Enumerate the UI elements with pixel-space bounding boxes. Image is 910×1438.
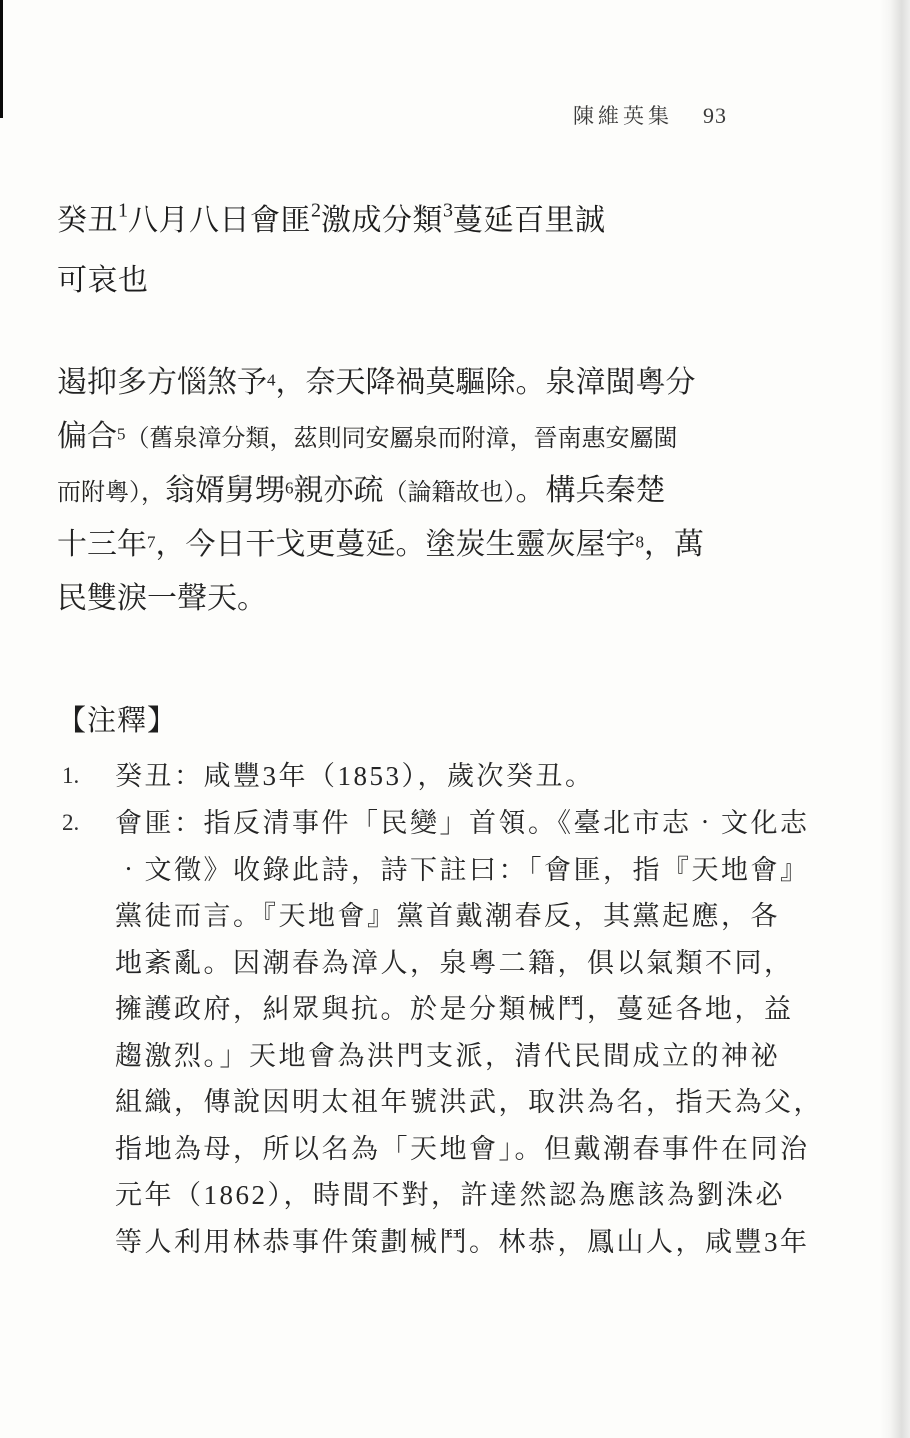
text-segment: 可哀也	[57, 264, 149, 297]
text-line: 擁護政府，糾眾與抗。於是分類械鬥，蔓延各地，益	[115, 986, 805, 1033]
text-line: 地紊亂。因潮春為漳人，泉粵二籍，俱以氣類不同，	[115, 940, 805, 987]
text-segment: 蔓延百里誠	[453, 204, 606, 237]
text-segment: 十三年	[57, 528, 147, 561]
note-number: 1.	[57, 753, 115, 800]
poem-body: 遏抑多方惱煞予4，奈天降禍莫驅除。泉漳閩粵分偏合5（舊泉漳分類，茲則同安屬泉而附…	[57, 356, 797, 626]
footnote-marker: 2	[311, 200, 321, 222]
text-line: ‧文徵》收錄此詩，詩下註曰：「會匪，指『天地會』	[115, 847, 805, 894]
text-line: 組織，傳說因明太祖年號洪武，取洪為名，指天為父，	[115, 1079, 805, 1126]
text-line: 民雙淚一聲天。	[57, 572, 797, 626]
note-text: 癸丑：咸豐3年（1853），歲次癸丑。	[115, 753, 805, 800]
text-line: 黨徒而言。『天地會』黨首戴潮春反，其黨起應，各	[115, 893, 805, 940]
text-segment: 。構兵秦楚	[516, 474, 666, 507]
text-line: 趨激烈。」天地會為洪門支派，清代民間成立的神祕	[115, 1033, 805, 1080]
footnote-marker: 5	[117, 425, 126, 444]
scanned-book-page: 陳維英集 93 癸丑1八月八日會匪2激成分類3蔓延百里誠可哀也 遏抑多方惱煞予4…	[0, 0, 910, 1438]
note-item-1: 1. 癸丑：咸豐3年（1853），歲次癸丑。	[57, 753, 805, 800]
text-line: 癸丑：咸豐3年（1853），歲次癸丑。	[115, 753, 805, 800]
text-segment: 偏合	[57, 420, 117, 453]
text-segment: （論籍故也）	[384, 480, 516, 506]
text-line: 元年（1862），時間不對，許達然認為應該為劉洙必	[115, 1172, 805, 1219]
text-segment: 親亦疏	[294, 474, 384, 507]
text-line: 十三年7，今日干戈更蔓延。塗炭生靈灰屋宇8，萬	[57, 518, 797, 572]
footnote-marker: 6	[285, 479, 294, 498]
text-line: 而附粵），翁婿舅甥6親亦疏（論籍故也）。構兵秦楚	[57, 464, 797, 518]
text-line: 癸丑1八月八日會匪2激成分類3蔓延百里誠	[57, 190, 777, 250]
text-segment: （舊泉漳分類，茲則同安屬泉而附漳，晉南惠安屬閩	[126, 426, 678, 452]
text-segment: 激成分類	[321, 204, 443, 237]
text-segment: ，今日干戈更蔓延。塗炭生靈灰屋宇	[156, 528, 636, 561]
text-line: 偏合5（舊泉漳分類，茲則同安屬泉而附漳，晉南惠安屬閩	[57, 410, 797, 464]
footnote-marker: 4	[267, 371, 276, 390]
text-segment: ，萬	[644, 528, 704, 561]
poem-title: 癸丑1八月八日會匪2激成分類3蔓延百里誠可哀也	[57, 190, 777, 310]
text-segment: ，奈天降禍莫驅除。泉漳閩粵分	[276, 366, 696, 399]
footnote-marker: 1	[118, 200, 128, 222]
notes-section-heading: 【注釋】	[57, 698, 177, 739]
footnote-marker: 7	[147, 533, 156, 552]
text-line: 會匪：指反清事件「民變」首領。《臺北市志‧文化志	[115, 800, 805, 847]
running-head: 陳維英集 93	[573, 100, 727, 130]
page-number: 93	[703, 103, 727, 129]
text-segment: 民雙淚一聲天。	[57, 582, 267, 615]
text-line: 可哀也	[57, 250, 777, 310]
note-text: 會匪：指反清事件「民變」首領。《臺北市志‧文化志‧文徵》收錄此詩，詩下註曰：「會…	[115, 800, 805, 1265]
text-line: 指地為母，所以名為「天地會」。但戴潮春事件在同治	[115, 1126, 805, 1173]
text-segment: 八月八日會匪	[128, 204, 311, 237]
book-title: 陳維英集	[573, 100, 673, 130]
scan-gutter-shadow	[880, 0, 910, 1438]
text-line: 等人利用林恭事件策劃械鬥。林恭，鳳山人，咸豐3年	[115, 1219, 805, 1266]
text-segment: 翁婿舅甥	[165, 474, 285, 507]
note-number: 2.	[57, 800, 115, 847]
footnote-marker: 3	[443, 200, 453, 222]
text-line: 遏抑多方惱煞予4，奈天降禍莫驅除。泉漳閩粵分	[57, 356, 797, 410]
text-segment: 而附粵），	[57, 480, 165, 506]
note-item-2: 2. 會匪：指反清事件「民變」首領。《臺北市志‧文化志‧文徵》收錄此詩，詩下註曰…	[57, 800, 805, 1265]
footnote-marker: 8	[636, 533, 645, 552]
scan-artifact-strip	[0, 0, 3, 118]
text-segment: 遏抑多方惱煞予	[57, 366, 267, 399]
text-segment: 癸丑	[57, 204, 118, 237]
